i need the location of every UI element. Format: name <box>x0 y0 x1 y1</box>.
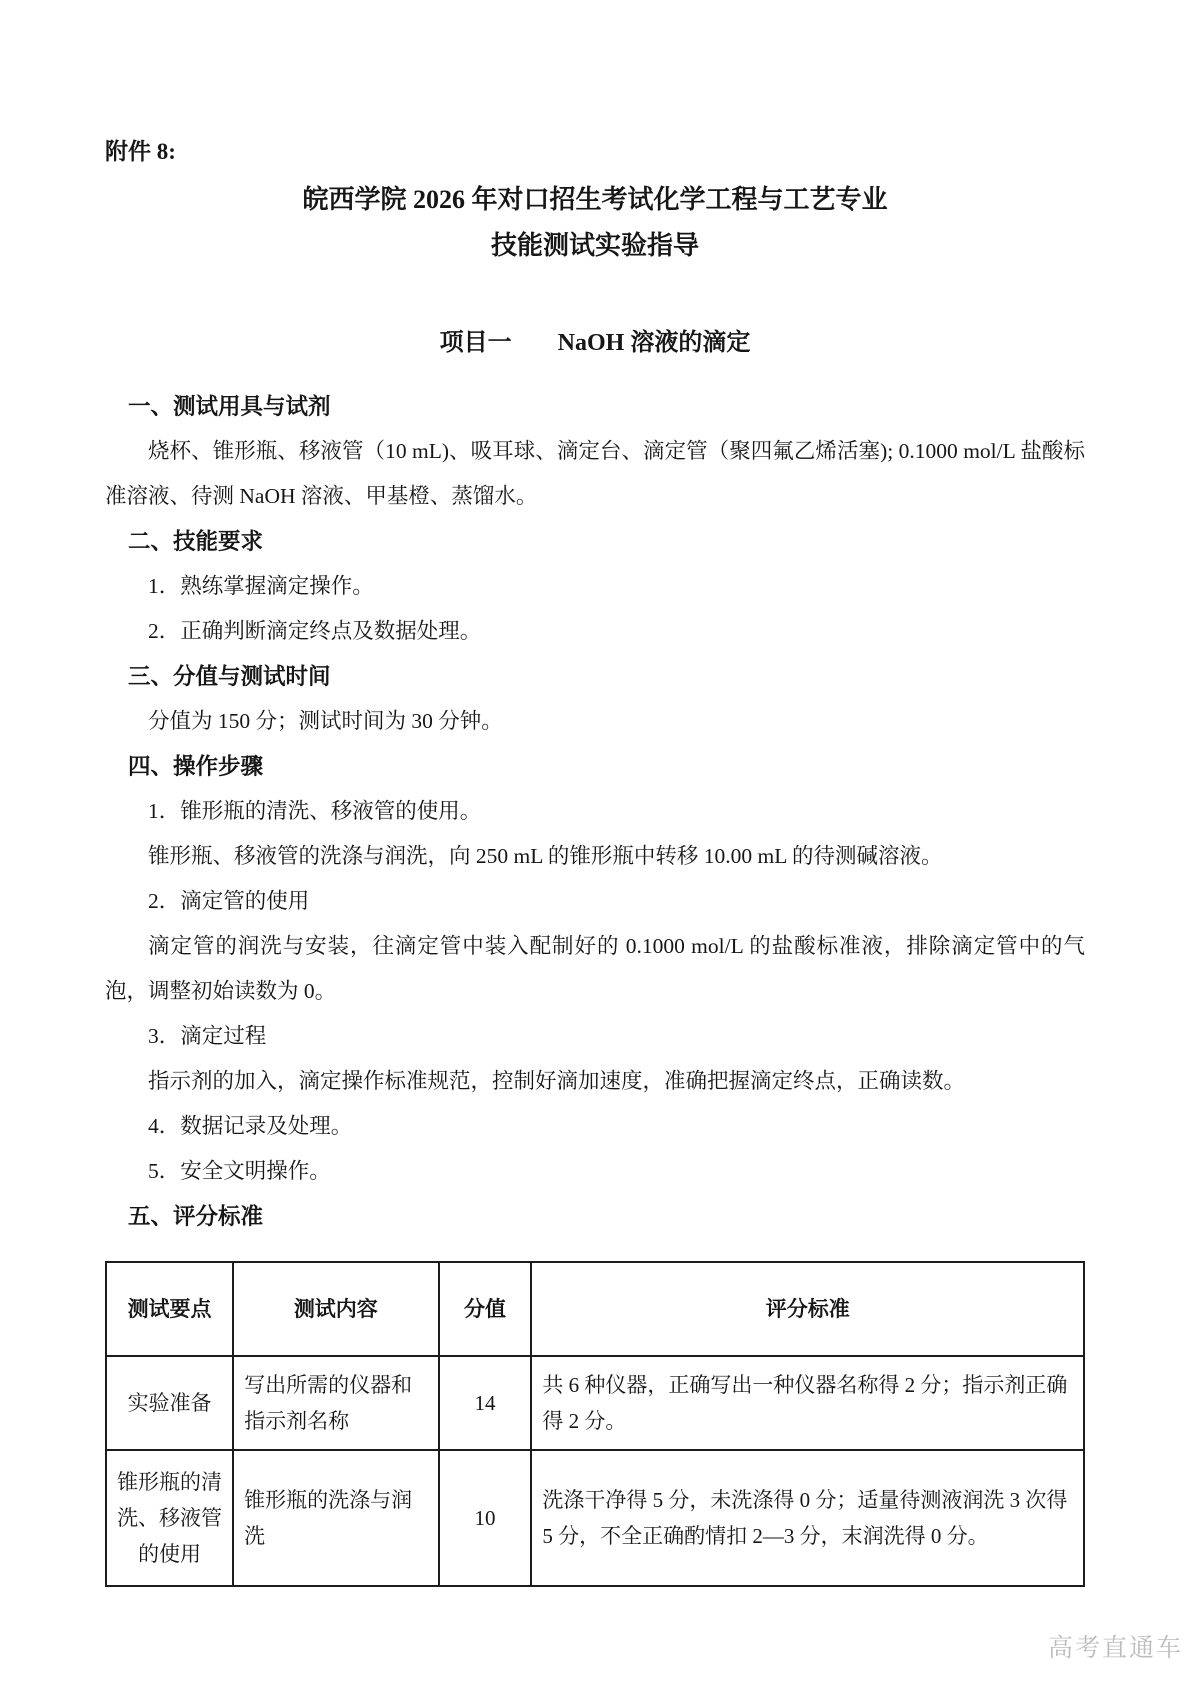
cell-criteria: 洗涤干净得 5 分，未洗涤得 0 分；适量待测液润洗 3 次得 5 分，不全正确… <box>531 1450 1084 1586</box>
header-test-point: 测试要点 <box>106 1262 233 1356</box>
table-header-row: 测试要点 测试内容 分值 评分标准 <box>106 1262 1084 1356</box>
step-4-title: 4．数据记录及处理。 <box>105 1104 1085 1149</box>
section-2-heading: 二、技能要求 <box>105 519 1085 564</box>
cell-score: 10 <box>439 1450 532 1586</box>
cell-test-content: 锥形瓶的洗涤与润洗 <box>233 1450 438 1586</box>
doc-title-line2: 技能测试实验指导 <box>105 228 1085 264</box>
step-1-title: 1．锥形瓶的清洗、移液管的使用。 <box>105 789 1085 834</box>
cell-test-point: 实验准备 <box>106 1356 233 1450</box>
project-label: 项目一 <box>440 330 512 356</box>
table-row: 实验准备 写出所需的仪器和指示剂名称 14 共 6 种仪器，正确写出一种仪器名称… <box>106 1356 1084 1450</box>
step-2-title: 2．滴定管的使用 <box>105 879 1085 924</box>
section-3-paragraph: 分值为 150 分；测试时间为 30 分钟。 <box>105 699 1085 744</box>
header-criteria: 评分标准 <box>531 1262 1084 1356</box>
step-1-description: 锥形瓶、移液管的洗涤与润洗，向 250 mL 的锥形瓶中转移 10.00 mL … <box>105 834 1085 879</box>
step-5-title: 5．安全文明操作。 <box>105 1149 1085 1194</box>
table-row: 锥形瓶的清洗、移液管的使用 锥形瓶的洗涤与润洗 10 洗涤干净得 5 分，未洗涤… <box>106 1450 1084 1586</box>
attachment-label: 附件 8: <box>105 136 1085 168</box>
cell-score: 14 <box>439 1356 532 1450</box>
section-3-heading: 三、分值与测试时间 <box>105 654 1085 699</box>
section-4-heading: 四、操作步骤 <box>105 744 1085 789</box>
document-page: 附件 8: 皖西学院 2026 年对口招生考试化学工程与工艺专业 技能测试实验指… <box>0 0 1190 1683</box>
section-1-heading: 一、测试用具与试剂 <box>105 384 1085 429</box>
step-2-description: 滴定管的润洗与安装，往滴定管中装入配制好的 0.1000 mol/L 的盐酸标准… <box>105 924 1085 1014</box>
section-1-paragraph: 烧杯、锥形瓶、移液管（10 mL)、吸耳球、滴定台、滴定管（聚四氟乙烯活塞); … <box>105 429 1085 519</box>
document-body: 一、测试用具与试剂 烧杯、锥形瓶、移液管（10 mL)、吸耳球、滴定台、滴定管（… <box>105 384 1085 1587</box>
step-3-description: 指示剂的加入，滴定操作标准规范，控制好滴加速度，准确把握滴定终点，正确读数。 <box>105 1059 1085 1104</box>
section-2-item-2: 2．正确判断滴定终点及数据处理。 <box>105 609 1085 654</box>
step-3-title: 3．滴定过程 <box>105 1014 1085 1059</box>
project-name: NaOH 溶液的滴定 <box>558 330 751 356</box>
header-score: 分值 <box>439 1262 532 1356</box>
cell-test-content: 写出所需的仪器和指示剂名称 <box>233 1356 438 1450</box>
project-title: 项目一NaOH 溶液的滴定 <box>105 326 1085 360</box>
cell-test-point: 锥形瓶的清洗、移液管的使用 <box>106 1450 233 1586</box>
doc-title-line1: 皖西学院 2026 年对口招生考试化学工程与工艺专业 <box>105 182 1085 218</box>
section-5-heading: 五、评分标准 <box>105 1194 1085 1239</box>
document-content: 附件 8: 皖西学院 2026 年对口招生考试化学工程与工艺专业 技能测试实验指… <box>105 0 1085 1587</box>
header-test-content: 测试内容 <box>233 1262 438 1356</box>
watermark: 高考直通车 <box>1048 1628 1183 1664</box>
cell-criteria: 共 6 种仪器，正确写出一种仪器名称得 2 分；指示剂正确得 2 分。 <box>531 1356 1084 1450</box>
section-2-item-1: 1．熟练掌握滴定操作。 <box>105 564 1085 609</box>
scoring-table: 测试要点 测试内容 分值 评分标准 实验准备 写出所需的仪器和指示剂名称 14 … <box>105 1261 1085 1587</box>
